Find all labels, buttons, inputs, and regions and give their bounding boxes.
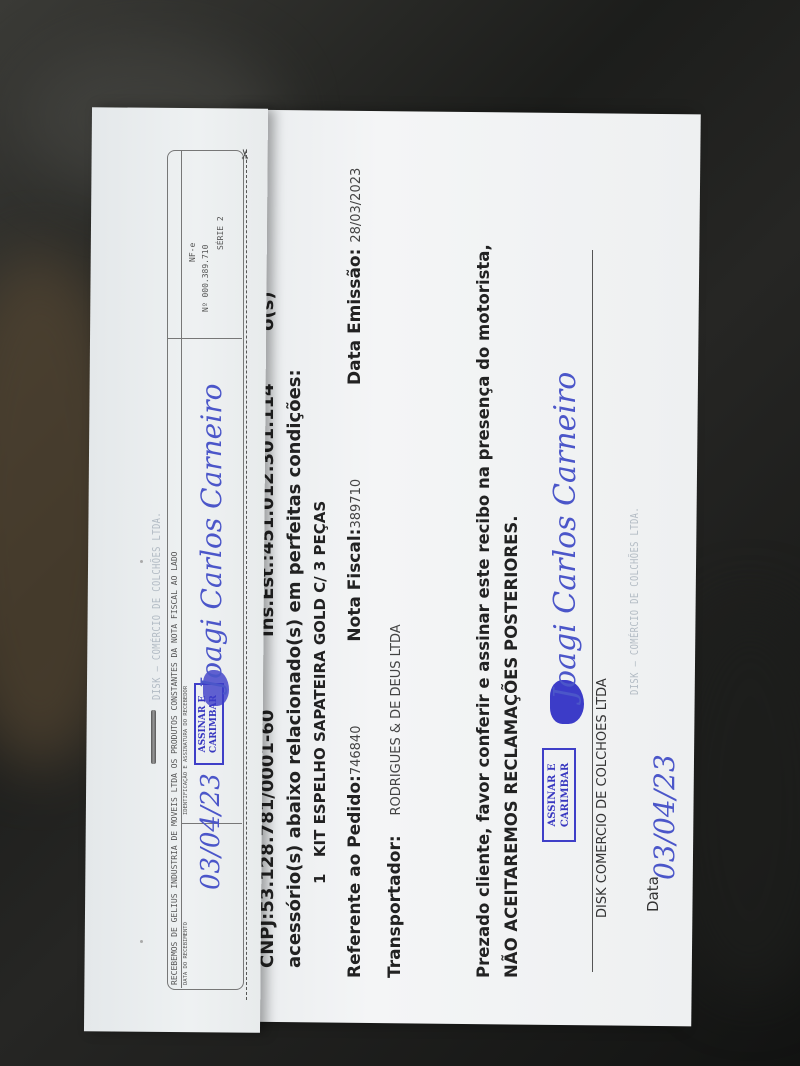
staple <box>151 710 156 764</box>
stub-nfe-series: SÉRIE 2 <box>216 216 225 250</box>
order-label: Referente ao Pedido: <box>345 775 365 978</box>
handwritten-date: 03/04/23 <box>648 754 681 880</box>
stub-nfe-divider <box>167 338 242 339</box>
notice-line-2: NÃO ACEITAREMOS RECLAMAÇÕES POSTERIORES. <box>502 515 521 978</box>
stub-ident-field-label: IDENTIFICAÇÃO E ASSINATURA DO RECEBEDOR <box>183 686 189 815</box>
order-invoice-line: Referente ao Pedido:746840 Nota Fiscal:3… <box>345 168 365 978</box>
handwritten-signature: Joagi Carlos Carneiro <box>548 372 583 700</box>
item-description: KIT ESPELHO SAPATEIRA GOLD C/ 3 PEÇAS <box>311 501 329 857</box>
date-label: Data <box>644 876 662 912</box>
stub-form-divider <box>181 150 182 988</box>
perforation-dot <box>140 560 143 563</box>
carrier-line: Transportador: RODRIGUES & DE DEUS LTDA <box>385 624 405 978</box>
stub-nfe-label: NF-e <box>188 243 197 262</box>
notice-line-1: Prezado cliente, favor conferir e assina… <box>474 244 493 978</box>
carrier-value: RODRIGUES & DE DEUS LTDA <box>389 624 404 815</box>
receipt-statement: acessório(s) abaixo relacionado(s) em pe… <box>284 369 305 968</box>
stub-header-text: RECEBEMOS DE GELIUS INDUSTRIA DE MOVEIS … <box>170 552 179 985</box>
company-signature-label: DISK COMERCIO DE COLCHOES LTDA <box>595 678 610 918</box>
stub-handwritten-signature: Joagi Carlos Carneiro <box>195 384 228 690</box>
issue-date-label: Data Emissão: <box>345 249 365 385</box>
stub-handwritten-date: 03/04/23 <box>196 773 226 890</box>
stub-date-field-label: DATA DO RECEBIMENTO <box>183 922 189 985</box>
cut-line <box>246 150 247 1000</box>
order-value: 746840 <box>349 726 364 776</box>
item-quantity: 1 <box>311 874 329 884</box>
scissors-icon: ✂ <box>238 148 254 160</box>
stamp-line-2: CARIMBAR <box>559 756 572 834</box>
sign-and-stamp-stamp: ASSINAR E CARIMBAR <box>542 748 576 842</box>
invoice-label: Nota Fiscal: <box>345 529 365 642</box>
stub-nfe-number: Nº 000.389.710 <box>201 245 210 312</box>
perforation-dot <box>140 940 143 943</box>
signature-line <box>592 250 593 972</box>
stub-watermark: DISK – COMÉRCIO DE COLCHÕES LTDA. <box>150 512 163 700</box>
issue-date-value: 28/03/2023 <box>349 168 364 243</box>
carrier-label: Transportador: <box>385 835 405 978</box>
company-watermark: DISK – COMÉRCIO DE COLCHÕES LTDA. <box>628 507 641 695</box>
item-line: 1 KIT ESPELHO SAPATEIRA GOLD C/ 3 PEÇAS <box>311 501 329 884</box>
stamp-line-1: ASSINAR E <box>546 756 559 834</box>
invoice-value: 389710 <box>349 479 364 529</box>
